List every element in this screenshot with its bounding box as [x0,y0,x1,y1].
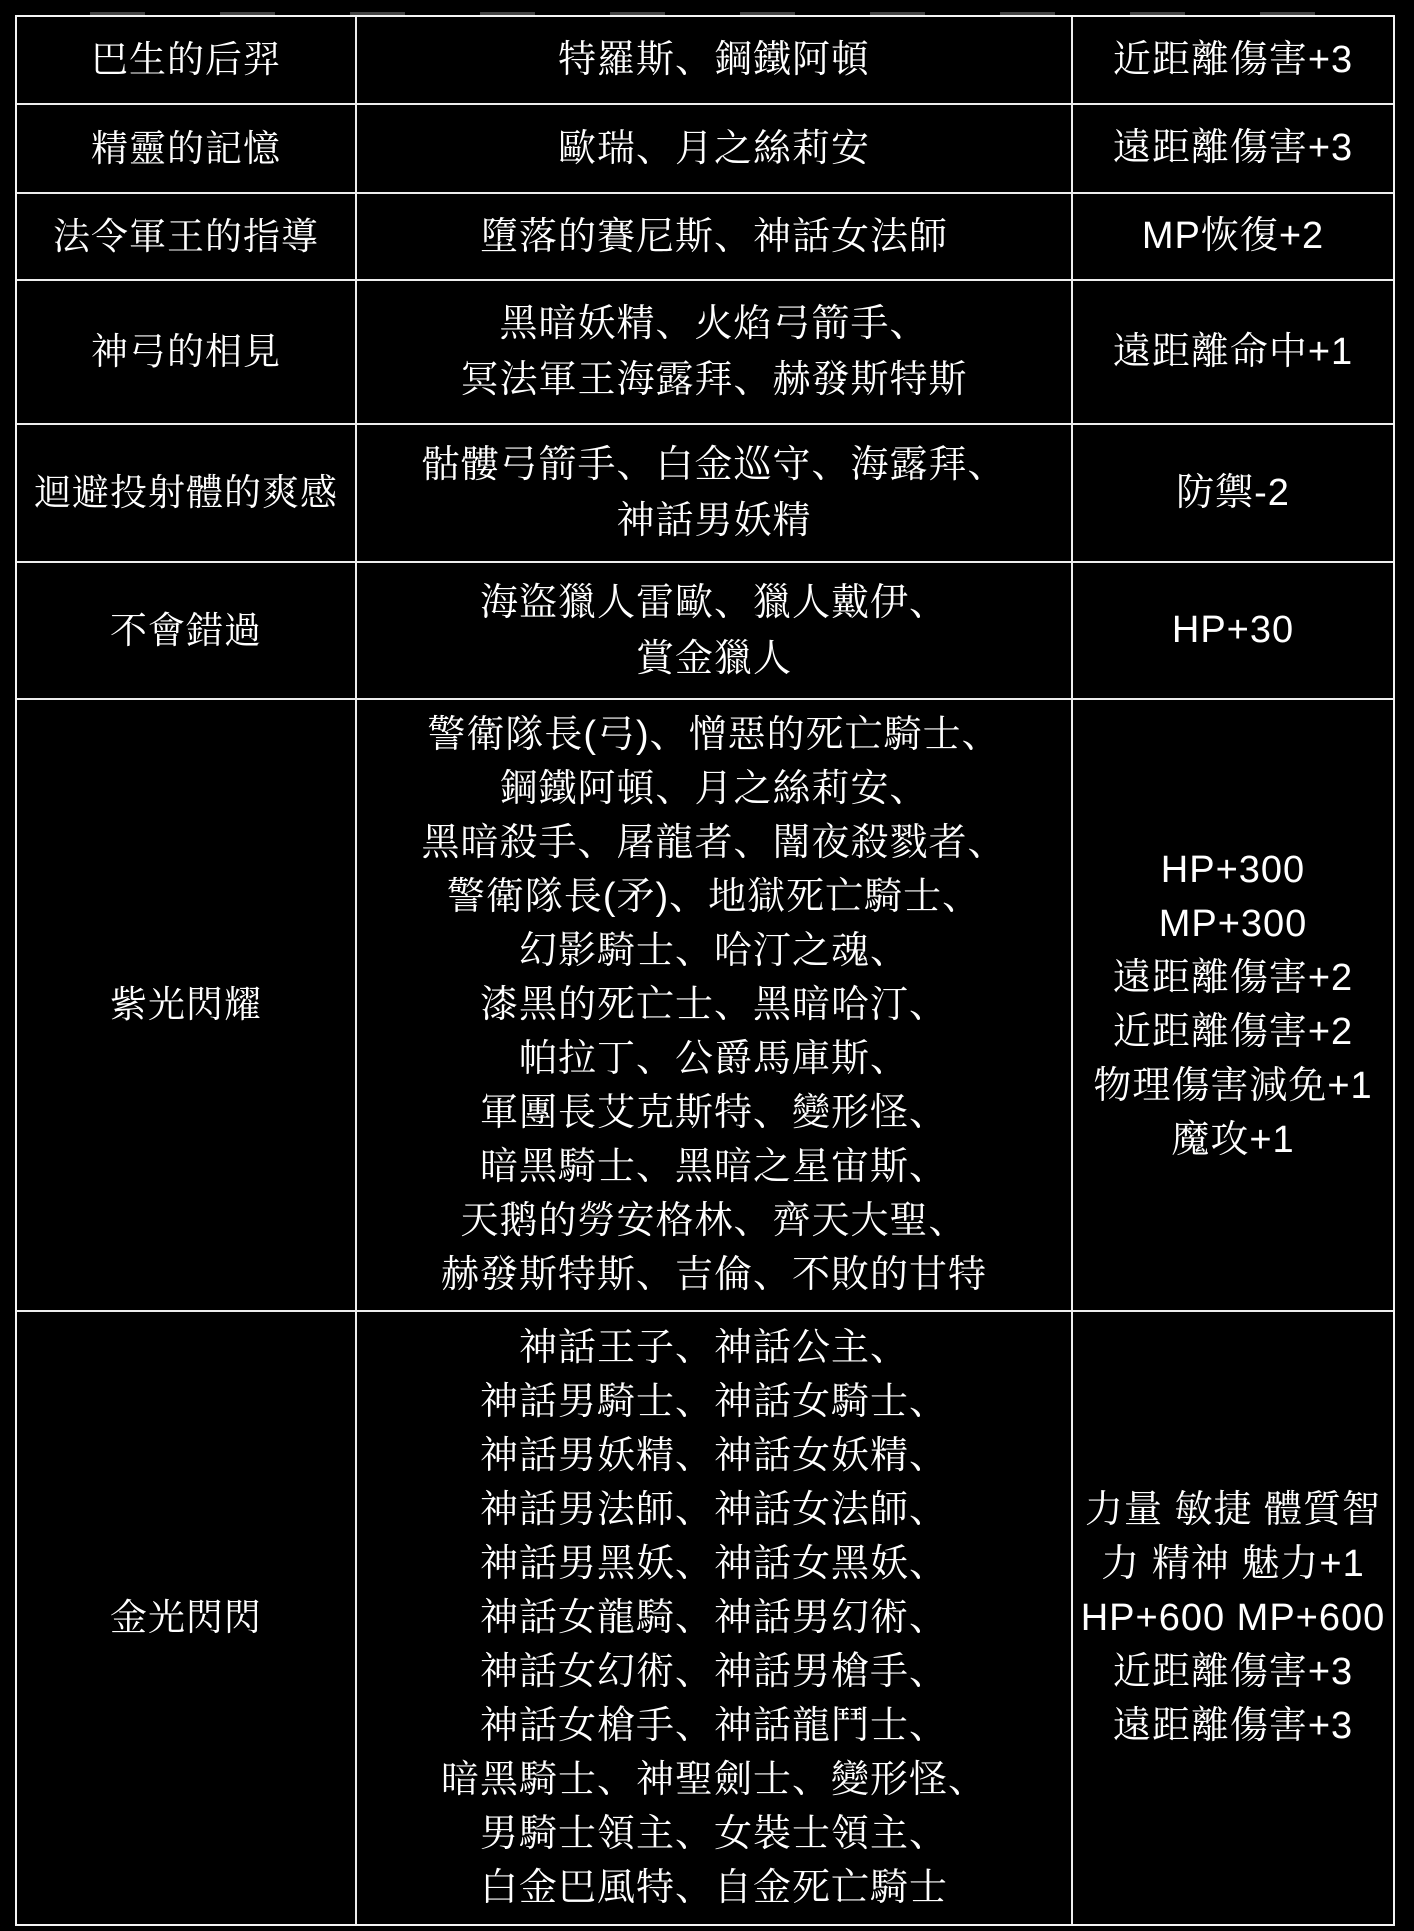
members-cell: 神話王子、神話公主、神話男騎士、神話女騎士、神話男妖精、神話女妖精、神話男法師、… [357,1312,1071,1924]
effects-cell: 遠距離命中+1 [1073,281,1393,423]
effect-line: HP+30 [1172,604,1294,657]
member-line: 警衛隊長(矛)、地獄死亡騎士、 [447,870,981,924]
effect-line: HP+600 MP+600 [1081,1591,1386,1645]
effect-line: 力 精神 魅力+1 [1101,1537,1364,1591]
member-line: 帕拉丁、公爵馬庫斯、 [519,1032,909,1086]
effects-cell: 近距離傷害+3 [1073,17,1393,103]
effects-cell: MP恢復+2 [1073,194,1393,279]
member-line: 神話王子、神話公主、 [519,1321,909,1375]
effects-cell: HP+30 [1073,563,1393,698]
member-line: 骷髏弓箭手、白金巡守、海露拜、 [421,437,1006,493]
member-line: 神話男法師、神話女法師、 [480,1483,948,1537]
member-line: 神話男黑妖、神話女黑妖、 [480,1537,948,1591]
members-cell: 特羅斯、鋼鐵阿頓 [357,17,1071,103]
set-bonus-table: 巴生的后羿特羅斯、鋼鐵阿頓近距離傷害+3精靈的記憶歐瑞、月之絲莉安遠距離傷害+3… [15,15,1395,1926]
set-name-cell: 巴生的后羿 [17,17,355,103]
effect-line: MP+300 [1159,897,1308,951]
effect-line: 遠距離傷害+3 [1113,1699,1353,1753]
member-line: 鋼鐵阿頓、月之絲莉安、 [499,762,928,816]
member-line: 天鹅的勞安格林、齊天大聖、 [460,1194,967,1248]
set-name-cell: 不會錯過 [17,563,355,698]
set-name-cell: 法令軍王的指導 [17,194,355,279]
member-line: 暗黑騎士、黑暗之星宙斯、 [480,1140,948,1194]
members-cell: 黑暗妖精、火焰弓箭手、冥法軍王海露拜、赫發斯特斯 [357,281,1071,423]
effect-line: MP恢復+2 [1142,210,1324,263]
member-line: 神話男騎士、神話女騎士、 [480,1375,948,1429]
members-cell: 警衛隊長(弓)、憎惡的死亡騎士、鋼鐵阿頓、月之絲莉安、黑暗殺手、屠龍者、闇夜殺戮… [357,700,1071,1310]
effect-line: 近距離傷害+3 [1113,1645,1353,1699]
effect-line: 遠距離傷害+3 [1113,122,1353,175]
effect-line: 物理傷害減免+1 [1093,1059,1372,1113]
members-cell: 海盜獵人雷歐、獵人戴伊、賞金獵人 [357,563,1071,698]
set-name: 紫光閃耀 [110,978,262,1032]
member-line: 赫發斯特斯、吉倫、不敗的甘特 [441,1248,987,1302]
member-line: 黑暗妖精、火焰弓箭手、 [499,296,928,352]
effect-line: 魔攻+1 [1171,1113,1294,1167]
member-line: 特羅斯、鋼鐵阿頓 [558,32,870,88]
set-name: 迴避投射體的爽感 [34,465,338,521]
effect-line: 力量 敏捷 體質智 [1085,1483,1381,1537]
set-name-cell: 紫光閃耀 [17,700,355,1310]
member-line: 軍團長艾克斯特、變形怪、 [480,1086,948,1140]
set-name-cell: 精靈的記憶 [17,105,355,192]
effect-line: HP+300 [1161,843,1305,897]
member-line: 白金巴風特、自金死亡騎士 [480,1861,948,1915]
member-line: 幻影騎士、哈汀之魂、 [519,924,909,978]
member-line: 黑暗殺手、屠龍者、闇夜殺戮者、 [421,816,1006,870]
effects-cell: 力量 敏捷 體質智力 精神 魅力+1HP+600 MP+600近距離傷害+3遠距… [1073,1312,1393,1924]
member-line: 男騎士領主、女裝士領主、 [480,1807,948,1861]
set-name-cell: 神弓的相見 [17,281,355,423]
effects-cell: 遠距離傷害+3 [1073,105,1393,192]
effects-cell: HP+300MP+300遠距離傷害+2近距離傷害+2物理傷害減免+1魔攻+1 [1073,700,1393,1310]
effect-line: 防禦-2 [1176,467,1290,520]
member-line: 神話女槍手、神話龍鬥士、 [480,1699,948,1753]
member-line: 神話女龍騎、神話男幻術、 [480,1591,948,1645]
members-cell: 歐瑞、月之絲莉安 [357,105,1071,192]
set-name-cell: 金光閃閃 [17,1312,355,1924]
members-cell: 墮落的賽尼斯、神話女法師 [357,194,1071,279]
member-line: 神話男妖精、神話女妖精、 [480,1429,948,1483]
set-name: 法令軍王的指導 [53,209,319,265]
effect-line: 近距離傷害+2 [1113,1005,1353,1059]
member-line: 歐瑞、月之絲莉安 [558,121,870,177]
set-name: 精靈的記憶 [91,121,281,177]
member-line: 冥法軍王海露拜、赫發斯特斯 [460,352,967,408]
set-name: 神弓的相見 [91,324,281,380]
effect-line: 近距離傷害+3 [1113,34,1353,87]
effects-cell: 防禦-2 [1073,425,1393,561]
set-name: 金光閃閃 [110,1591,262,1645]
member-line: 神話女幻術、神話男槍手、 [480,1645,948,1699]
member-line: 賞金獵人 [636,631,792,687]
effect-line: 遠距離命中+1 [1113,326,1353,379]
set-name-cell: 迴避投射體的爽感 [17,425,355,561]
member-line: 暗黑騎士、神聖劍士、變形怪、 [441,1753,987,1807]
set-name: 巴生的后羿 [91,32,281,88]
member-line: 墮落的賽尼斯、神話女法師 [480,209,948,265]
set-name: 不會錯過 [110,603,262,659]
member-line: 神話男妖精 [616,493,811,549]
member-line: 海盜獵人雷歐、獵人戴伊、 [480,575,948,631]
member-line: 漆黑的死亡士、黑暗哈汀、 [480,978,948,1032]
members-cell: 骷髏弓箭手、白金巡守、海露拜、神話男妖精 [357,425,1071,561]
effect-line: 遠距離傷害+2 [1113,951,1353,1005]
member-line: 警衛隊長(弓)、憎惡的死亡騎士、 [427,708,1000,762]
